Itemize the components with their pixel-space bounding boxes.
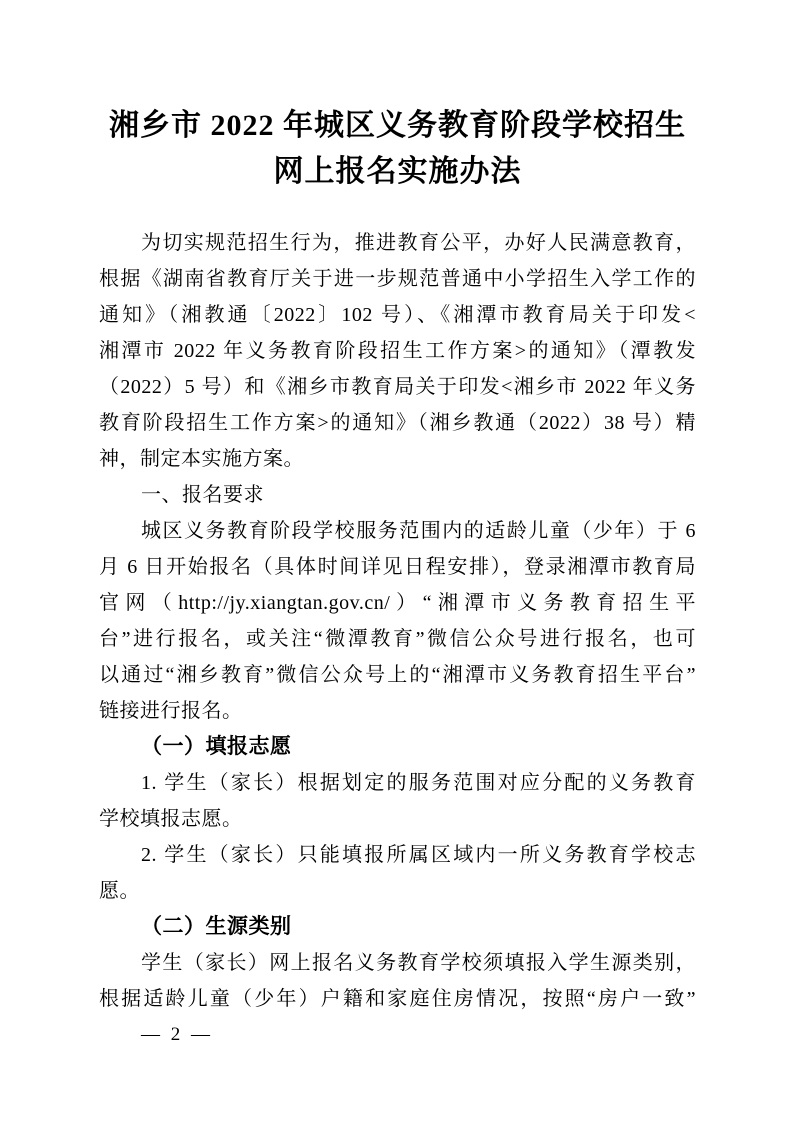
document-title: 湘乡市 2022 年城区义务教育阶段学校招生网上报名实施办法 <box>99 0 696 195</box>
text-line: 链接进行报名。 <box>99 693 696 729</box>
text-line: （2022）5 号）和《湘乡市教育局关于印发<湘乡市 2022 年义务 <box>99 369 696 405</box>
text-line: 湘潭市 2022 年义务教育阶段招生工作方案>的通知》（潭教发 <box>99 333 696 369</box>
text-line: （二）生源类别 <box>99 909 696 945</box>
text-line: 神，制定本实施方案。 <box>99 441 696 477</box>
text-line: 教育阶段招生工作方案>的通知》（湘乡教通（2022）38 号）精 <box>99 405 696 441</box>
text-line: 以通过“湘乡教育”微信公众号上的“湘潭市义务教育招生平台” <box>99 657 696 693</box>
text-line: 学生（家长）网上报名义务教育学校须填报入学生源类别， <box>99 945 696 981</box>
text-line: 2. 学生（家长）只能填报所属区域内一所义务教育学校志 <box>99 837 696 873</box>
text-line: 学校填报志愿。 <box>99 801 696 837</box>
text-line: 台”进行报名，或关注“微潭教育”微信公众号进行报名，也可 <box>99 621 696 657</box>
text-line: 根据《湖南省教育厅关于进一步规范普通中小学招生入学工作的 <box>99 261 696 297</box>
text-line: 1. 学生（家长）根据划定的服务范围对应分配的义务教育 <box>99 765 696 801</box>
title-line: 网上报名实施办法 <box>99 149 696 195</box>
document-body: 为切实规范招生行为，推进教育公平，办好人民满意教育，根据《湖南省教育厅关于进一步… <box>99 225 696 1017</box>
text-line: （一）填报志愿 <box>99 729 696 765</box>
text-line: 一、报名要求 <box>99 477 696 513</box>
page-number: — 2 — <box>141 1024 213 1046</box>
document-page: 湘乡市 2022 年城区义务教育阶段学校招生网上报名实施办法 为切实规范招生行为… <box>0 0 793 1122</box>
text-line: 月 6 日开始报名（具体时间详见日程安排），登录湘潭市教育局 <box>99 549 696 585</box>
text-line: 根据适龄儿童（少年）户籍和家庭住房情况，按照“房户一致” <box>99 981 696 1017</box>
title-line: 湘乡市 2022 年城区义务教育阶段学校招生 <box>99 103 696 149</box>
text-line: 为切实规范招生行为，推进教育公平，办好人民满意教育， <box>99 225 696 261</box>
text-line: 通知》（湘教通〔2022〕102 号）、《湘潭市教育局关于印发< <box>99 297 696 333</box>
document-content: 湘乡市 2022 年城区义务教育阶段学校招生网上报名实施办法 为切实规范招生行为… <box>0 0 793 1017</box>
text-line: 愿。 <box>99 873 696 909</box>
text-line: 官网（http://jy.xiangtan.gov.cn/）“湘潭市义务教育招生… <box>99 585 696 621</box>
text-line: 城区义务教育阶段学校服务范围内的适龄儿童（少年）于 6 <box>99 513 696 549</box>
